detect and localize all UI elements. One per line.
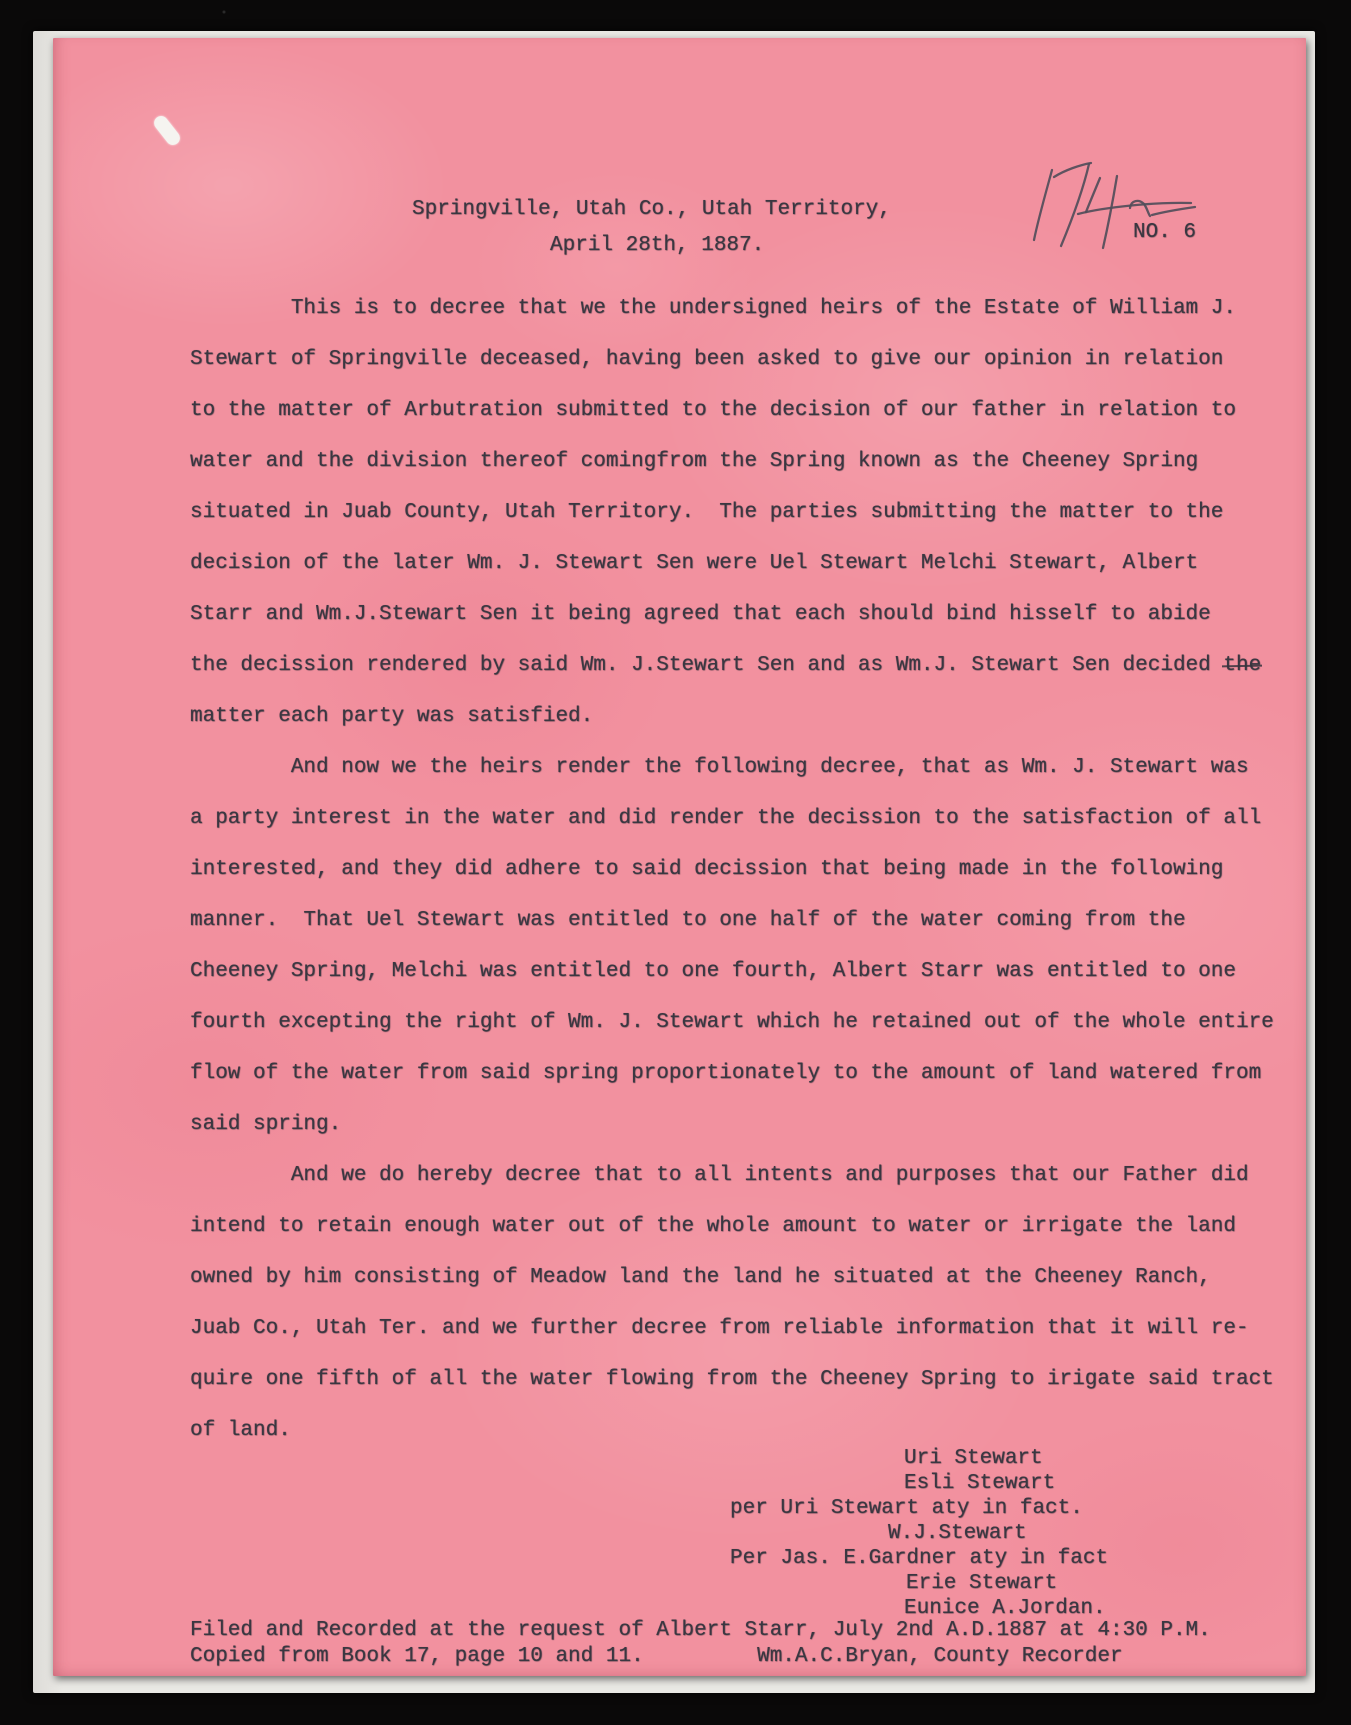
typed-line: said spring. <box>190 1112 341 1137</box>
typed-line: interested, and they did adhere to said … <box>190 857 1223 882</box>
typed-line: intend to retain enough water out of the… <box>190 1214 1236 1239</box>
document-page: Springville, Utah Co., Utah Territory, A… <box>53 38 1306 1676</box>
signature-line: W.J.Stewart <box>888 1521 1027 1546</box>
footer-line: Filed and Recorded at the request of Alb… <box>190 1618 1211 1643</box>
signature-line: per Uri Stewart aty in fact. <box>730 1496 1083 1521</box>
typed-line: Starr and Wm.J.Stewart Sen it being agre… <box>190 602 1211 627</box>
typed-line: This is to decree that we the undersigne… <box>190 296 1236 321</box>
typed-line: And now we the heirs render the followin… <box>190 755 1249 780</box>
signature-line: Esli Stewart <box>904 1471 1055 1496</box>
typed-line: manner. That Uel Stewart was entitled to… <box>190 908 1186 933</box>
footer-line: Copied from Book 17, page 10 and 11. Wm.… <box>190 1644 1123 1669</box>
typed-line: flow of the water from said spring propo… <box>190 1061 1261 1086</box>
scan-background: Springville, Utah Co., Utah Territory, A… <box>0 0 1351 1725</box>
typed-line: Juab Co., Utah Ter. and we further decre… <box>190 1316 1249 1341</box>
typed-line: Cheeney Spring, Melchi was entitled to o… <box>190 959 1236 984</box>
dateline-place: Springville, Utah Co., Utah Territory, <box>412 197 891 222</box>
typed-line: of land. <box>190 1418 291 1443</box>
typed-line: decision of the later Wm. J. Stewart Sen… <box>190 551 1198 576</box>
typed-line: to the matter of Arbutration submitted t… <box>190 398 1236 423</box>
struck-word: the <box>1223 654 1261 677</box>
dateline-date: April 28th, 1887. <box>550 233 764 258</box>
paper-damage-mark <box>151 113 182 148</box>
typed-line: the decission rendered by said Wm. J.Ste… <box>190 653 1261 678</box>
typed-line: quire one fifth of all the water flowing… <box>190 1367 1274 1392</box>
typed-line: Stewart of Springville deceased, having … <box>190 347 1223 372</box>
typed-line: a party interest in the water and did re… <box>190 806 1261 831</box>
typed-line: owned by him consisting of Meadow land t… <box>190 1265 1211 1290</box>
typed-line: fourth excepting the right of Wm. J. Ste… <box>190 1010 1274 1035</box>
typed-line: water and the division thereof comingfro… <box>190 449 1198 474</box>
signature-line: Erie Stewart <box>906 1571 1057 1596</box>
typed-line: matter each party was satisfied. <box>190 704 593 729</box>
typed-line: And we do hereby decree that to all inte… <box>190 1163 1249 1188</box>
case-number: NO. 6 <box>1133 220 1196 245</box>
signature-line: Per Jas. E.Gardner aty in fact <box>730 1546 1108 1571</box>
signature-line: Uri Stewart <box>904 1446 1043 1471</box>
typed-line: situated in Juab County, Utah Territory.… <box>190 500 1223 525</box>
